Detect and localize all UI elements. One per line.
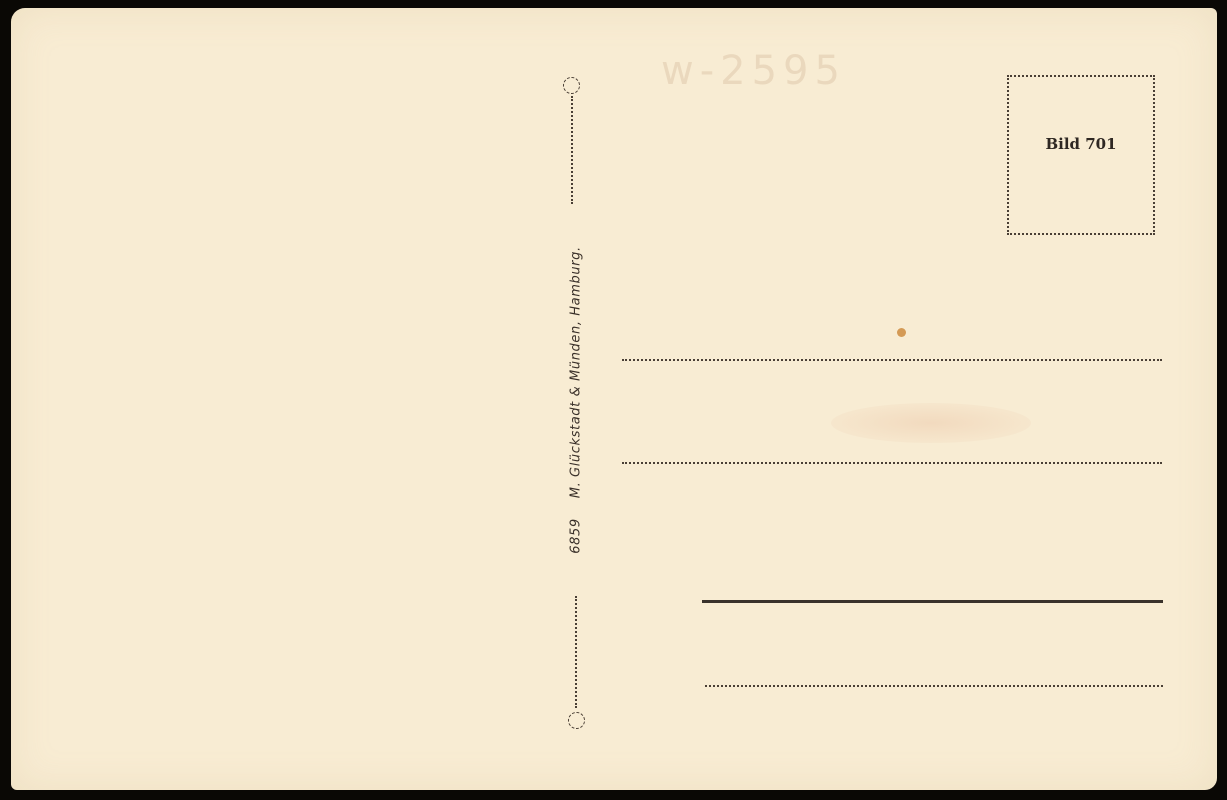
address-line-4 xyxy=(705,685,1163,687)
publisher-text: M. Glückstadt & Münden, Hamburg. xyxy=(569,246,584,498)
address-line-3 xyxy=(702,600,1163,603)
address-line-1 xyxy=(622,359,1162,361)
pencil-annotation: w-2595 xyxy=(661,48,846,94)
stamp-label: Bild 701 xyxy=(1045,135,1116,153)
publisher-imprint: 6859M. Glückstadt & Münden, Hamburg. xyxy=(569,246,584,553)
stain-spot xyxy=(897,328,906,337)
divider-ring-bottom-icon xyxy=(568,712,585,729)
stamp-box: Bild 701 xyxy=(1007,75,1155,235)
card-number: 6859 xyxy=(569,518,584,553)
address-line-2 xyxy=(622,462,1162,464)
center-divider-top xyxy=(571,96,573,204)
paper-blotch xyxy=(831,403,1031,443)
center-divider-bottom xyxy=(575,596,577,708)
divider-ring-top-icon xyxy=(563,77,580,94)
postcard-back: w-2595 6859M. Glückstadt & Münden, Hambu… xyxy=(11,8,1217,790)
